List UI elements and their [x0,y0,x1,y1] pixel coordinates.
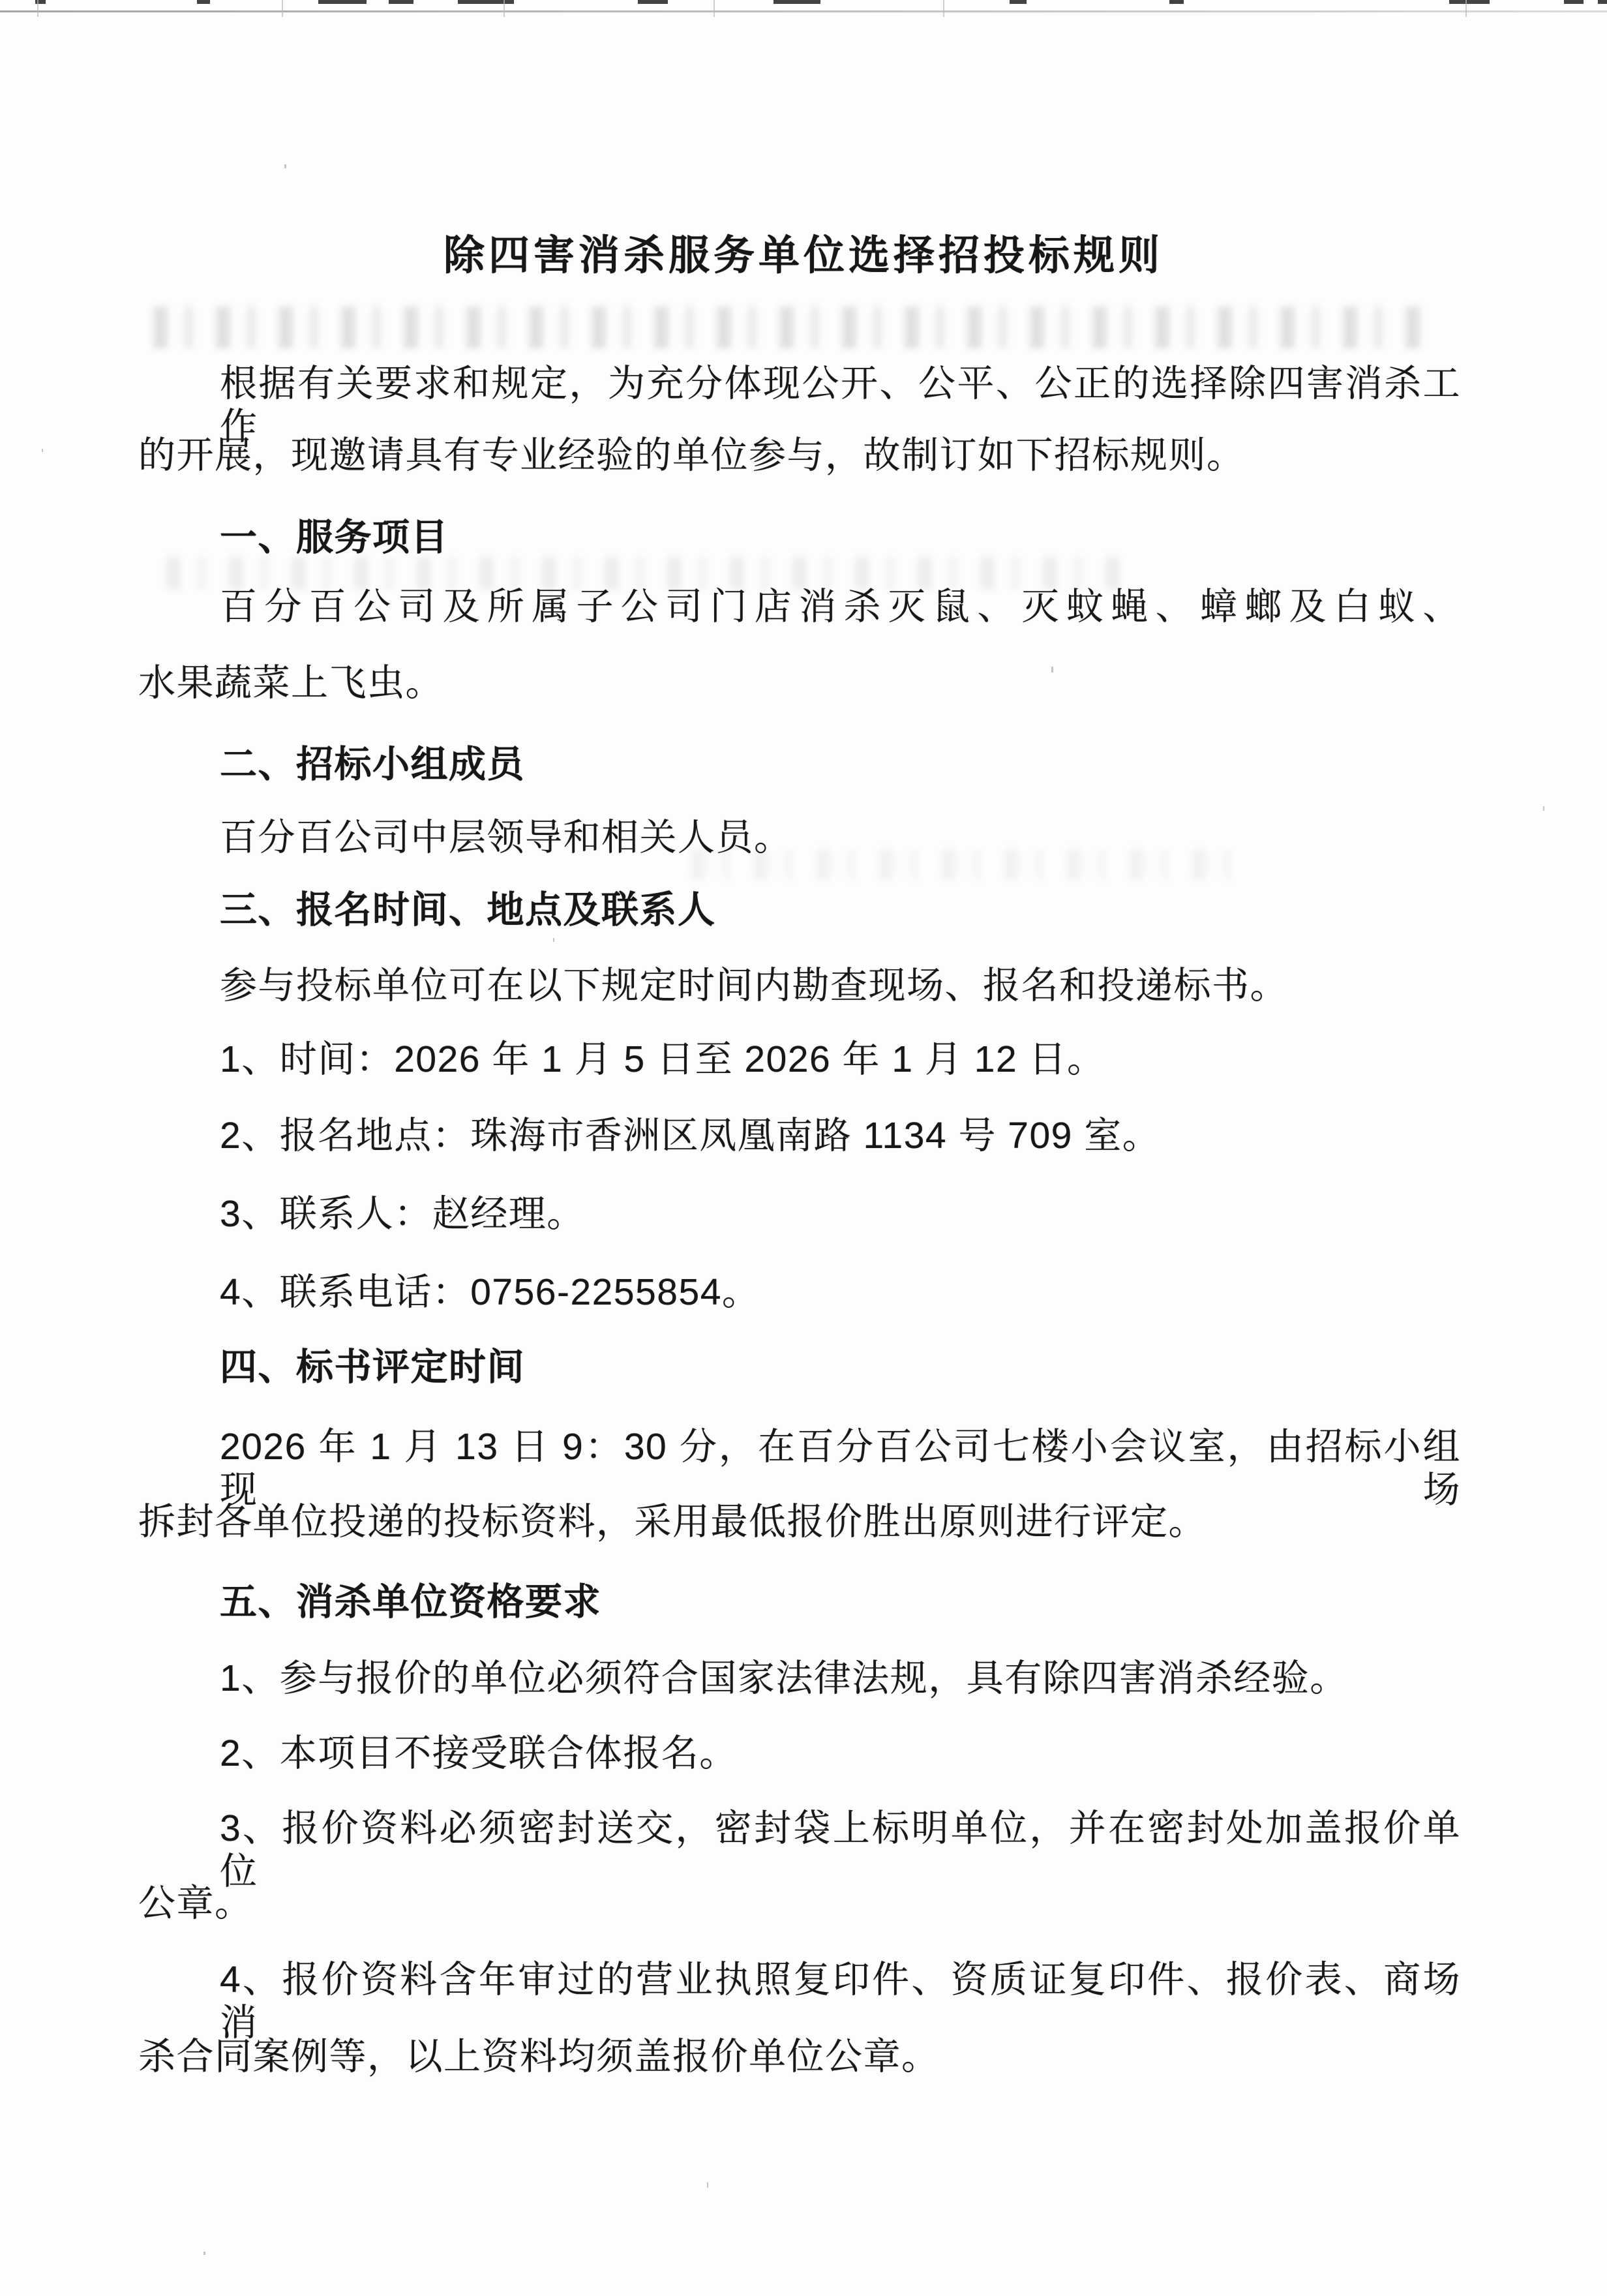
scan-edge-dash [1449,0,1490,4]
scan-edge-tick [503,0,505,17]
scan-speck [42,449,43,452]
document-title: 除四害消杀服务单位选择招投标规则 [0,222,1607,282]
text-line: 公章。 [138,1882,253,1926]
scan-edge-dash [318,0,367,4]
scan-edge-dash [458,0,514,4]
text-line: 水果蔬菜上飞虫。 [138,662,443,705]
text-line: 百分百公司及所属子公司门店消杀灭鼠、灭蚊蝇、蟑螂及白蚁、 [220,586,1461,629]
text-line: 4、报价资料含年审过的营业执照复印件、资质证复印件、报价表、商场消 [220,1959,1461,2044]
bleedthrough-band [166,557,1132,590]
scan-edge-dash [1169,0,1184,4]
scan-speck [707,2183,708,2188]
scan-edge-dash [197,0,210,4]
text-line: 拆封各单位投递的投标资料，采用最低报价胜出原则进行评定。 [138,1501,1207,1544]
section-heading: 四、标书评定时间 [220,1346,525,1389]
scan-edge-dash [638,0,668,4]
text-line: 2、本项目不接受联合体报名。 [220,1732,738,1775]
bleedthrough-band [153,307,1432,348]
section-heading: 二、招标小组成员 [220,744,525,787]
section-heading: 五、消杀单位资格要求 [220,1581,601,1624]
scan-edge-dash [389,0,413,4]
text-line: 的开展，现邀请具有专业经验的单位参与，故制订如下招标规则。 [138,434,1245,477]
text-line: 1、时间：2026 年 1 月 5 日至 2026 年 1 月 12 日。 [220,1038,1105,1081]
scan-speck [284,164,286,168]
text-line: 杀合同案例等，以上资料均须盖报价单位公章。 [138,2036,940,2079]
text-line: 2026 年 1 月 13 日 9：30 分，在百分百公司七楼小会议室，由招标小… [220,1426,1461,1511]
scan-speck [1051,667,1053,672]
scan-edge-line [0,10,1607,12]
scan-edge-tick [713,0,715,17]
scan-speck [553,938,554,942]
scanned-document-page: 除四害消杀服务单位选择招投标规则 根据有关要求和规定，为充分体现公开、公平、公正… [0,0,1607,2296]
text-line: 参与投标单位可在以下规定时间内勘查现场、报名和投递标书。 [220,965,1288,1008]
scan-edge-tick [943,0,944,17]
text-line: 百分百公司中层领导和相关人员。 [220,817,792,860]
scan-edge-dash [1010,0,1027,4]
text-line: 1、参与报价的单位必须符合国家法律法规，具有除四害消杀经验。 [220,1657,1348,1700]
text-line: 3、联系人：赵经理。 [220,1193,585,1236]
scan-speck [203,2252,205,2255]
text-line: 2、报名地点：珠海市香洲区凤凰南路 1134 号 709 室。 [220,1115,1160,1158]
text-line: 4、联系电话：0756-2255854。 [220,1271,760,1314]
section-heading: 三、报名时间、地点及联系人 [220,889,716,932]
scan-edge-tick [37,0,38,17]
scan-edge-tick [282,0,283,17]
section-heading: 一、服务项目 [220,517,449,560]
scan-speck [1543,806,1544,811]
scan-edge-tick [1465,0,1467,17]
text-line: 3、报价资料必须密封送交，密封袋上标明单位，并在密封处加盖报价单位 [220,1807,1461,1893]
scan-edge-dash [1598,0,1607,4]
scan-edge-dash [773,0,820,4]
scan-edge-dash [1564,0,1584,4]
